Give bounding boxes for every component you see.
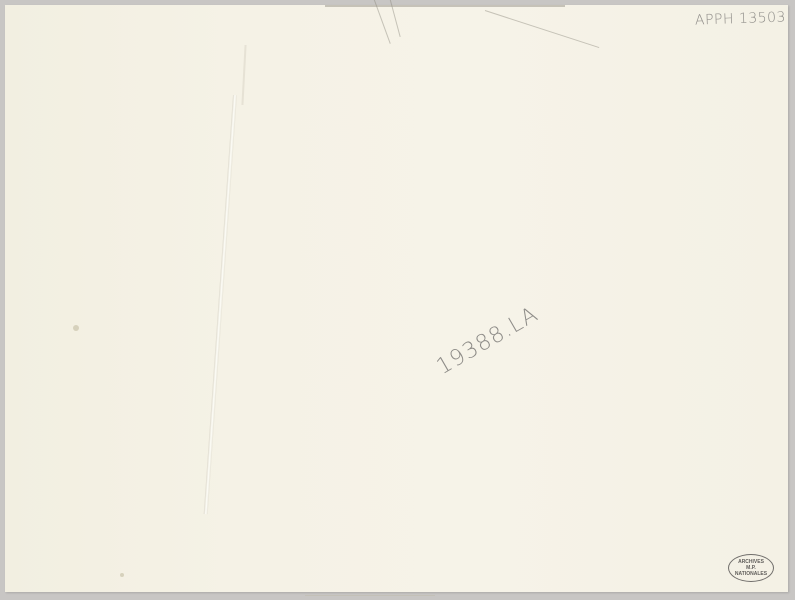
bottom-edge-crease <box>305 565 435 596</box>
stain-spot <box>120 573 124 577</box>
pencil-reference-center: 19388.LA <box>433 302 543 380</box>
stamp-line-3: NATIONALES <box>735 571 767 577</box>
fold-crease-upper <box>241 45 246 105</box>
stain-spot <box>73 325 79 331</box>
fold-crease <box>204 95 237 514</box>
paper-sheet: APPH 13503 19388.LA ARCHIVES M.P. NATION… <box>5 5 788 592</box>
pencil-reference-top: APPH 13503 <box>695 9 786 28</box>
top-edge-tear <box>325 5 565 47</box>
archives-stamp: ARCHIVES M.P. NATIONALES <box>728 554 774 582</box>
